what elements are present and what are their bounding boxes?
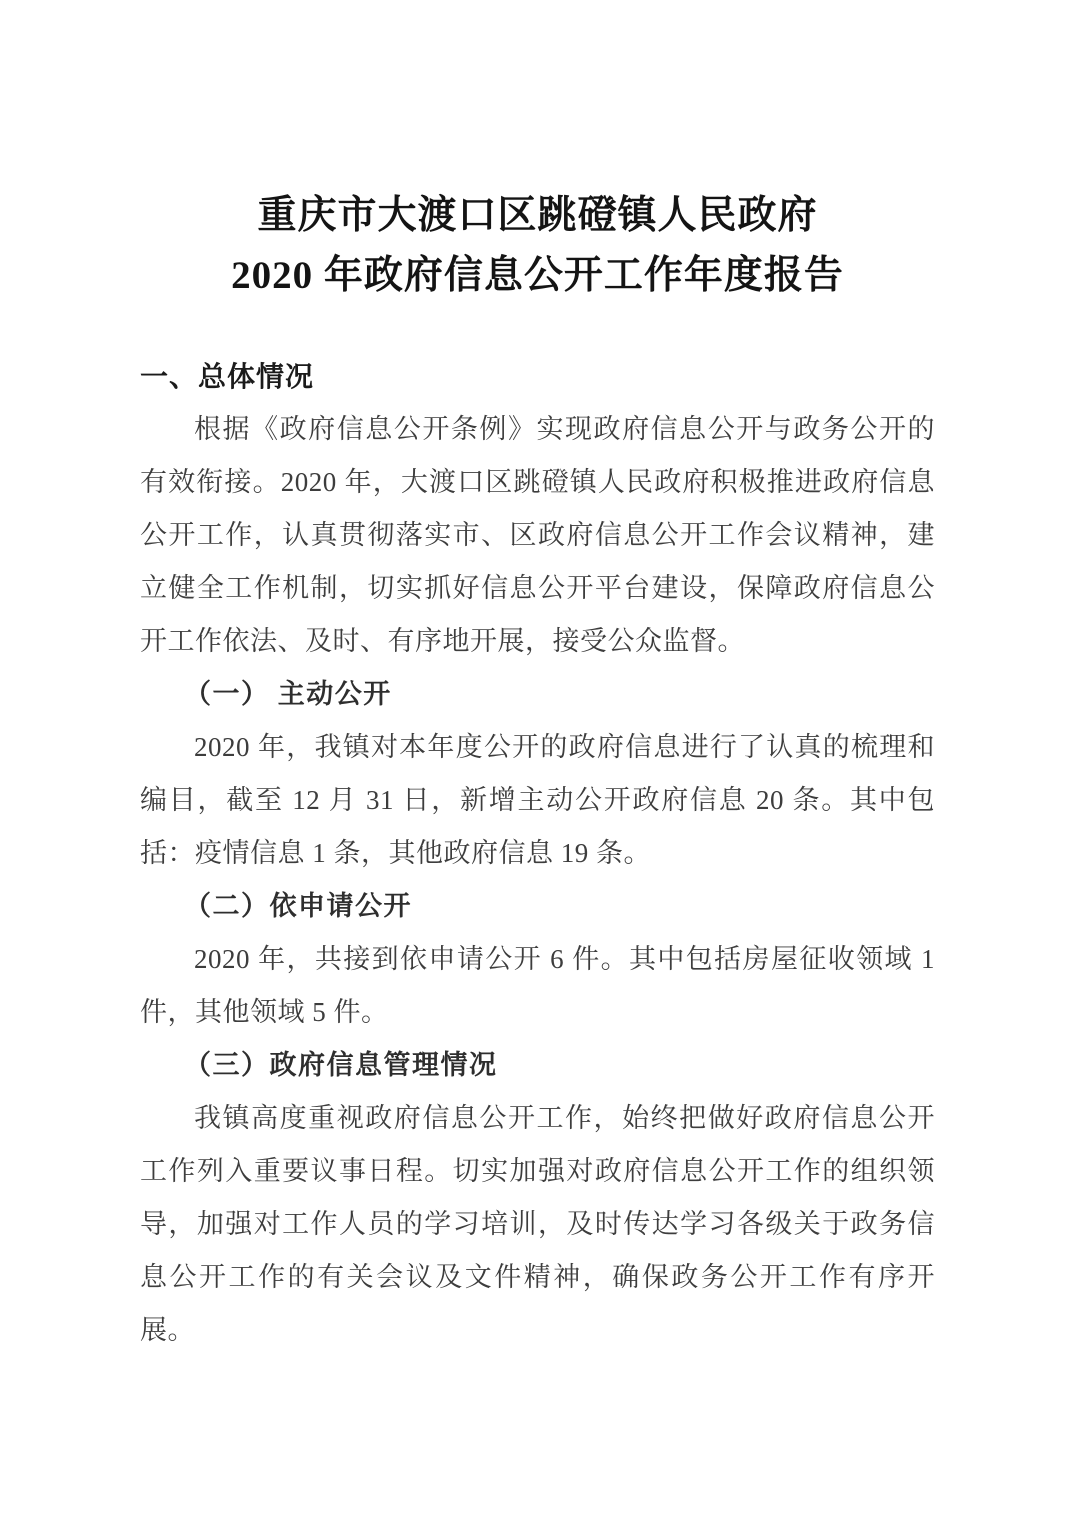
section-heading-overview: 一、总体情况	[140, 350, 935, 403]
document-title: 重庆市大渡口区跳磴镇人民政府 2020 年政府信息公开工作年度报告	[140, 186, 935, 306]
paragraph-information-management: 我镇高度重视政府信息公开工作，始终把做好政府信息公开工作列入重要议事日程。切实加…	[140, 1092, 935, 1357]
document-page: 重庆市大渡口区跳磴镇人民政府 2020 年政府信息公开工作年度报告 一、总体情况…	[0, 0, 1074, 1520]
subsection-heading-information-management: （三）政府信息管理情况	[140, 1039, 935, 1092]
document-title-line-2: 2020 年政府信息公开工作年度报告	[140, 246, 935, 306]
paragraph-proactive-disclosure: 2020 年，我镇对本年度公开的政府信息进行了认真的梳理和编目，截至 12 月 …	[140, 721, 935, 880]
document-body: 一、总体情况 根据《政府信息公开条例》实现政府信息公开与政务公开的有效衔接。20…	[140, 350, 935, 1357]
document-title-line-1: 重庆市大渡口区跳磴镇人民政府	[140, 186, 935, 246]
subsection-heading-disclosure-upon-request: （二）依申请公开	[140, 880, 935, 933]
paragraph-disclosure-upon-request: 2020 年，共接到依申请公开 6 件。其中包括房屋征收领域 1 件，其他领域 …	[140, 933, 935, 1039]
subsection-heading-proactive-disclosure: （一） 主动公开	[140, 668, 935, 721]
paragraph-overview: 根据《政府信息公开条例》实现政府信息公开与政务公开的有效衔接。2020 年，大渡…	[140, 403, 935, 668]
